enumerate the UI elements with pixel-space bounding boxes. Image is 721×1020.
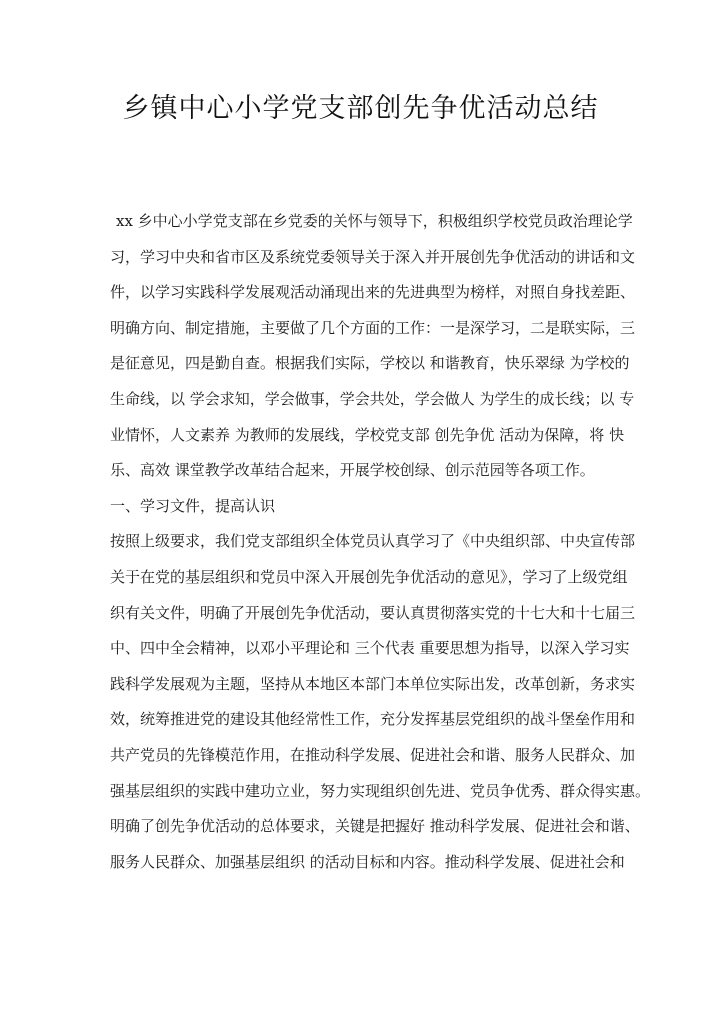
paragraph-line: 服务人民群众、加强基层组织 的活动目标和内容。推动科学发展、促进社会和 (110, 845, 614, 881)
paragraph-line: xx 乡中心小学党支部在乡党委的关怀与领导下，积极组织学校党员政治理论学 (110, 204, 614, 240)
paragraph-line: 织有关文件，明确了开展创先争优活动，要认真贯彻落实党的十七大和十七届三 (110, 596, 614, 632)
paragraph-line: 按照上级要求，我们党支部组织全体党员认真学习了《中央组织部、中央宣传部 (110, 524, 614, 560)
paragraph-line: 明确了创先争优活动的总体要求，关键是把握好 推动科学发展、促进社会和谐、 (110, 809, 614, 845)
paragraph-line: 件，以学习实践科学发展观活动涌现出来的先进典型为榜样，对照自身找差距、 (110, 275, 614, 311)
paragraph-line: 明确方向、制定措施，主要做了几个方面的工作：一是深学习，二是联实际，三 (110, 311, 614, 347)
paragraph-line: 共产党员的先锋模范作用，在推动科学发展、促进社会和谐、服务人民群众、加 (110, 738, 614, 774)
section-heading: 一、学习文件，提高认识 (110, 489, 614, 525)
paragraph-line: 乐、高效 课堂教学改革结合起来，开展学校创绿、创示范园等各项工作。 (110, 453, 614, 489)
paragraph-line: 是征意见，四是勤自查。根据我们实际，学校以 和谐教育，快乐翠绿 为学校的 (110, 346, 614, 382)
paragraph-line: 生命线，以 学会求知，学会做事，学会共处，学会做人 为学生的成长线；以 专 (110, 382, 614, 418)
document-page: 乡镇中心小学党支部创先争优活动总结 xx 乡中心小学党支部在乡党委的关怀与领导下… (0, 0, 721, 1020)
paragraph-line: 习，学习中央和省市区及系统党委领导关于深入并开展创先争优活动的讲话和文 (110, 240, 614, 276)
paragraph-line: 效，统筹推进党的建设其他经常性工作，充分发挥基层党组织的战斗堡垒作用和 (110, 702, 614, 738)
document-body: xx 乡中心小学党支部在乡党委的关怀与领导下，积极组织学校党员政治理论学 习，学… (110, 204, 614, 880)
paragraph-line: 中、四中全会精神，以邓小平理论和 三个代表 重要思想为指导，以深入学习实 (110, 631, 614, 667)
paragraph-line: 践科学发展观为主题，坚持从本地区本部门本单位实际出发，改革创新，务求实 (110, 667, 614, 703)
paragraph-line: 强基层组织的实践中建功立业，努力实现组织创先进、党员争优秀、群众得实惠。 (110, 774, 614, 810)
paragraph-line: 关于在党的基层组织和党员中深入开展创先争优活动的意见》，学习了上级党组 (110, 560, 614, 596)
document-title: 乡镇中心小学党支部创先争优活动总结 (0, 86, 721, 125)
paragraph-line: 业情怀，人文素养 为教师的发展线，学校党支部 创先争优 活动为保障，将 快 (110, 418, 614, 454)
